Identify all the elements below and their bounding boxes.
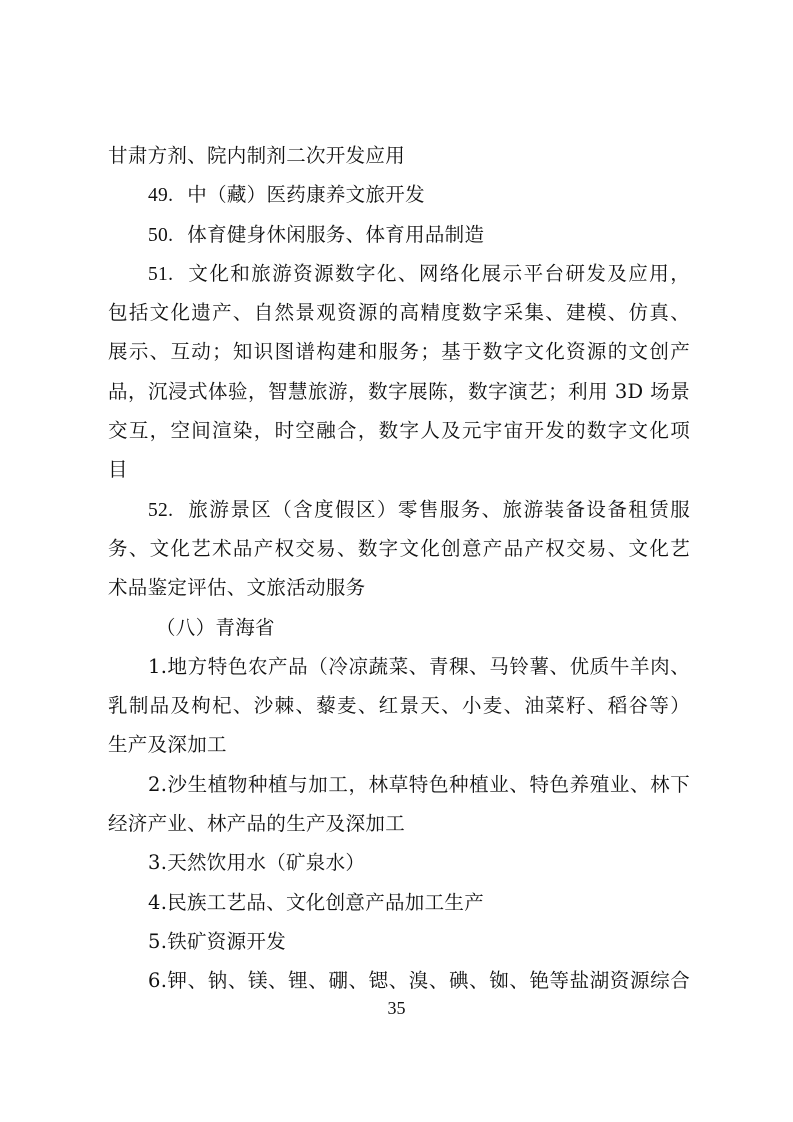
list-item-6: 6.钾、钠、镁、锂、硼、锶、溴、碘、铷、铯等盐湖资源综合 (108, 961, 690, 1000)
item-text: 文化和旅游资源数字化、网络化展示平台研发及应用， (187, 262, 690, 285)
list-item-52: 52.旅游景区（含度假区）零售服务、旅游装备设备租赁服 (108, 490, 690, 529)
item-number: 51. (148, 264, 173, 285)
list-item-5: 5.铁矿资源开发 (108, 922, 690, 961)
text-line: 包括文化遗产、自然景观资源的高精度数字采集、建模、仿真、 (108, 293, 690, 332)
list-item-4: 4.民族工艺品、文化创意产品加工生产 (108, 883, 690, 922)
text-line: 生产及深加工 (108, 725, 690, 764)
item-number: 52. (148, 500, 173, 521)
text-line: 品，沉浸式体验，智慧旅游，数字展陈，数字演艺；利用 3D 场景 (108, 372, 690, 411)
text-line: 务、文化艺术品产权交易、数字文化创意产品产权交易、文化艺 (108, 529, 690, 568)
text-line: 术品鉴定评估、文旅活动服务 (108, 568, 690, 607)
item-text: 旅游景区（含度假区）零售服务、旅游装备设备租赁服 (187, 498, 690, 521)
text-line: 甘肃方剂、院内制剂二次开发应用 (108, 136, 690, 175)
list-item-1: 1.地方特色农产品（冷凉蔬菜、青稞、马铃薯、优质牛羊肉、 (108, 647, 690, 686)
item-text: 中（藏）医药康养文旅开发 (187, 183, 425, 206)
item-number: 50. (148, 225, 173, 246)
list-item-51: 51.文化和旅游资源数字化、网络化展示平台研发及应用， (108, 254, 690, 293)
list-item-3: 3.天然饮用水（矿泉水） (108, 843, 690, 882)
text-line: 交互，空间渲染，时空融合，数字人及元宇宙开发的数字文化项 (108, 411, 690, 450)
text-line: 经济产业、林产品的生产及深加工 (108, 804, 690, 843)
page-number: 35 (0, 998, 793, 1019)
list-item-2: 2.沙生植物种植与加工，林草特色种植业、特色养殖业、林下 (108, 765, 690, 804)
item-text: 体育健身休闲服务、体育用品制造 (187, 223, 484, 246)
section-heading-qinghai: （八）青海省 (108, 608, 690, 647)
list-item-49: 49.中（藏）医药康养文旅开发 (108, 175, 690, 214)
text-line: 乳制品及枸杞、沙棘、藜麦、红景天、小麦、油菜籽、稻谷等） (108, 686, 690, 725)
text-line: 目 (108, 450, 690, 489)
list-item-50: 50.体育健身休闲服务、体育用品制造 (108, 215, 690, 254)
text-line: 展示、互动；知识图谱构建和服务；基于数字文化资源的文创产 (108, 332, 690, 371)
item-number: 49. (148, 185, 173, 206)
document-body: 甘肃方剂、院内制剂二次开发应用 49.中（藏）医药康养文旅开发 50.体育健身休… (108, 136, 690, 1001)
